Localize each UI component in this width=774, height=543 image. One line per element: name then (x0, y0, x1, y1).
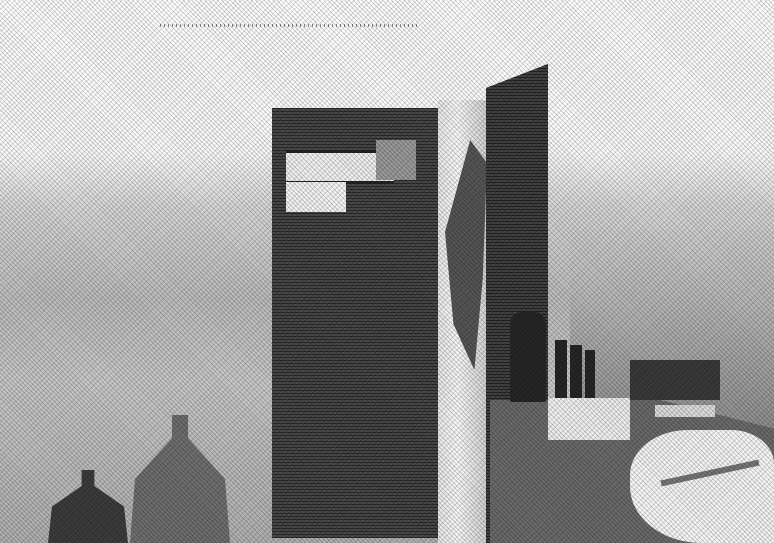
photo-scene (0, 0, 774, 543)
dither-texture (0, 0, 774, 543)
